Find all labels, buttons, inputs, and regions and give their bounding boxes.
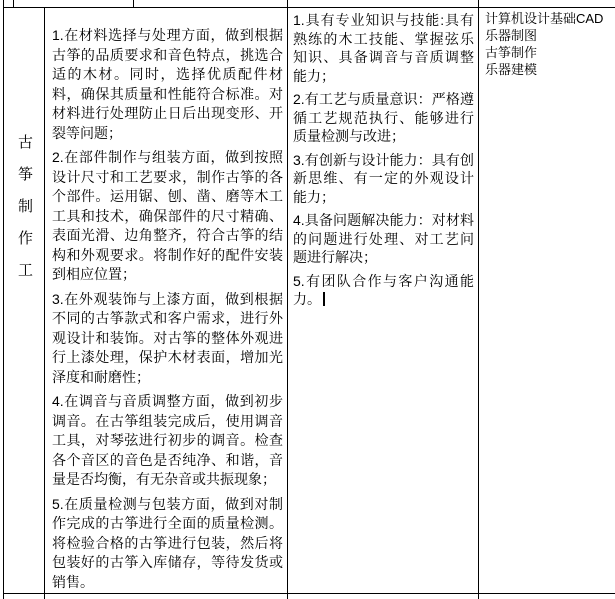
text-cursor [323, 292, 325, 306]
prev-row-divider-2 [133, 0, 134, 7]
prev-row-divider-1 [13, 0, 14, 7]
row-bottom-border [3, 593, 615, 594]
ability-paragraph-5-text: 5.有团队合作与客户沟通能力。 [293, 273, 474, 308]
duty-paragraph-2: 2.在部件制作与组装方面，做到按照设计尺寸和工艺要求，制作古筝的各个部件。运用锯… [52, 148, 283, 285]
ability-paragraph-2: 2.有工艺与质量意识：严格遵循工艺规范执行、能够进行质量检测与改进； [293, 90, 474, 146]
occupation-cell[interactable]: 古筝制作工 [4, 8, 44, 593]
next-row-divider-3 [478, 594, 479, 599]
occupation-label: 古筝制作工 [4, 134, 44, 294]
duty-paragraph-4: 4.在调音与音质调整方面，做到初步调音。在古筝组装完成后，使用调音工具，对琴弦进… [52, 392, 283, 490]
abilities-cell[interactable]: 1.具有专业知识与技能:具有熟练的木工技能、掌握弦乐知识、具备调音与音质调整能力… [288, 8, 478, 593]
next-row-divider-1 [44, 594, 45, 599]
course-item-1: 计算机设计基础CAD [485, 10, 613, 27]
duty-paragraph-3: 3.在外观装饰与上漆方面，做到根据不同的古筝款式和客户需求，进行外观设计和装饰。… [52, 290, 283, 388]
course-item-4: 乐器建模 [485, 61, 613, 78]
duty-paragraph-5: 5.在质量检测与包装方面，做到对制作完成的古筝进行全面的质量检测。将检验合格的古… [52, 495, 283, 593]
ability-paragraph-1: 1.具有专业知识与技能:具有熟练的木工技能、掌握弦乐知识、具备调音与音质调整能力… [293, 11, 474, 85]
course-item-3: 古筝制作 [485, 44, 613, 61]
ability-paragraph-3: 3.有创新与设计能力：具有创新思维、有一定的外观设计能力； [293, 151, 474, 207]
duty-paragraph-1: 1.在材料选择与处理方面，做到根据古筝的品质要求和音色特点，挑选合适的木材。同时… [52, 26, 283, 143]
courses-cell[interactable]: 计算机设计基础CAD 乐器制图 古筝制作 乐器建模 [479, 8, 615, 593]
course-item-2: 乐器制图 [485, 27, 613, 44]
duties-cell[interactable]: 1.在材料选择与处理方面，做到根据古筝的品质要求和音色特点，挑选合适的木材。同时… [45, 8, 287, 593]
next-row-divider-2 [287, 594, 288, 599]
ability-paragraph-4: 4.具备问题解决能力：对材料的问题进行处理、对工艺问题进行解决； [293, 211, 474, 267]
ability-paragraph-5: 5.有团队合作与客户沟通能力。 [293, 272, 474, 309]
